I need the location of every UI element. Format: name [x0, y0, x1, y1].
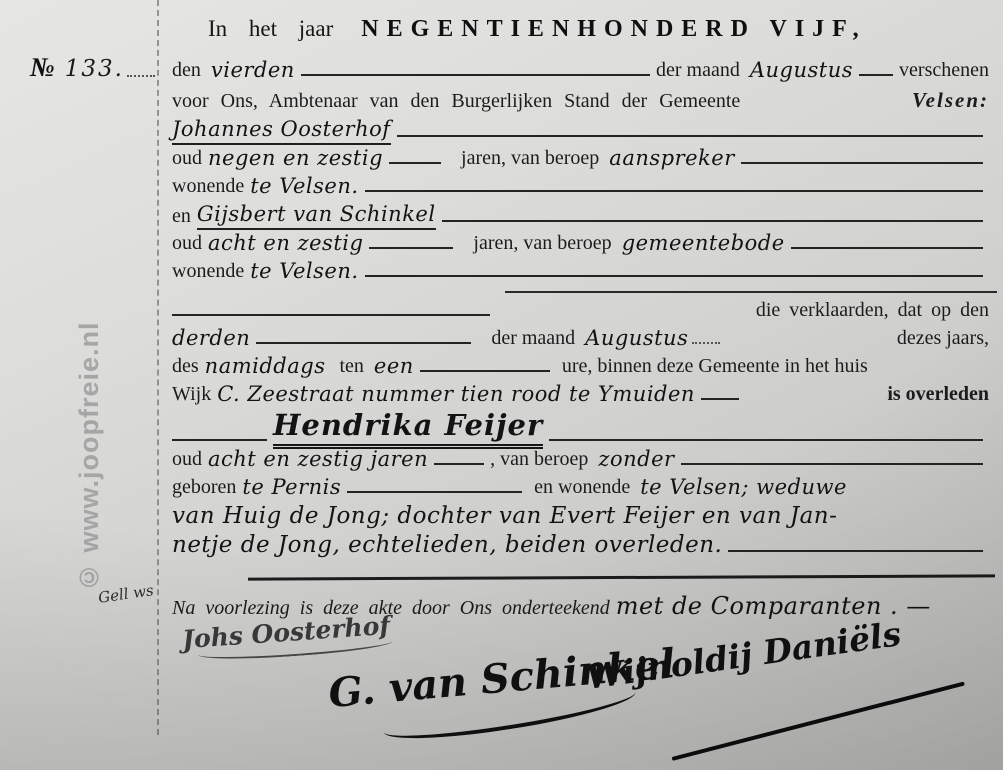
deceased-name-line: Hendrika Feijer [172, 408, 989, 449]
watermark-text: © www.joopfreie.nl [74, 316, 105, 592]
margin-annotation: Gell ws [97, 581, 155, 607]
signature-registrar: Wijnoldij Daniëls [584, 614, 904, 697]
deceased-profession: zonder [598, 447, 674, 473]
deceased-residence: te Velsen; weduwe [640, 475, 847, 501]
label-wonende: wonende [172, 175, 244, 200]
label-die-verklaarden: die verklaarden, dat op den [756, 299, 989, 324]
death-address-line: Wijk C. Zeestraat nummer tien rood te Ym… [172, 382, 989, 408]
declarant2-age: acht en zestig [208, 231, 363, 257]
label-der-maand: der maand [491, 327, 575, 352]
blank-line [365, 188, 983, 192]
registrar-text: voor Ons, Ambtenaar van den Burgerlijken… [172, 90, 740, 115]
label-en-wonende: en wonende [534, 476, 630, 501]
perforated-edge-line [157, 0, 159, 735]
declarant1-profession: aanspreker [609, 146, 734, 172]
label-den: den [172, 59, 201, 84]
declarant2-profession: gemeentebode [622, 231, 785, 257]
deceased-birthplace: te Pernis [242, 475, 341, 501]
blank-line [301, 72, 650, 76]
label-dezes-jaars: dezes jaars, [897, 327, 989, 352]
blank-dash [701, 396, 739, 400]
blank-line [549, 437, 983, 441]
blank-line [420, 368, 550, 372]
death-day: derden [172, 326, 250, 352]
death-hour: een [374, 354, 414, 380]
declarant2-residence: te Velsen. [250, 259, 358, 285]
closing-rule [248, 574, 995, 580]
declarant2-name-line: en Gijsbert van Schinkel [172, 202, 989, 230]
signature-flourish [671, 681, 964, 760]
label-der-maand: der maand [656, 59, 740, 84]
blank-dash [859, 72, 893, 76]
deceased-age-line: oud acht en zestig jaren , van beroep zo… [172, 447, 989, 473]
blank-line [347, 489, 522, 493]
year-header-intro: In het jaar [208, 16, 333, 42]
declarant1-name: Johannes Oosterhof [172, 117, 391, 145]
appearance-date-line: den vierden der maand Augustus verschene… [172, 58, 989, 84]
declaration-line: die verklaarden, dat op den [172, 299, 989, 324]
registrar-line: voor Ons, Ambtenaar van den Burgerlijken… [172, 88, 989, 115]
blank-line [681, 461, 983, 465]
act-number-value: 133. [65, 56, 124, 82]
relatives-text-2: netje de Jong, echtelieden, beiden overl… [172, 532, 722, 560]
label-verschenen: verschenen [899, 59, 989, 84]
death-daypart: namiddags [205, 354, 326, 380]
blank-line [397, 133, 983, 137]
blank-line [741, 160, 983, 164]
label-wijk: Wijk [172, 383, 211, 408]
label-jaren-beroep: jaren, van beroep [473, 232, 611, 257]
relatives-line-1: van Huig de Jong; dochter van Evert Feij… [172, 503, 989, 531]
year-header: In het jaar NEGENTIENHONDERD VIJF, [208, 16, 867, 43]
label-is-overleden: is overleden [887, 383, 989, 408]
blank-dash [434, 461, 484, 465]
label-des: des [172, 355, 199, 380]
handwritten-month: Augustus [750, 58, 853, 84]
relatives-line-2: netje de Jong, echtelieden, beiden overl… [172, 532, 989, 560]
deceased-origin-line: geboren te Pernis en wonende te Velsen; … [172, 475, 989, 501]
deceased-name: Hendrika Feijer [273, 408, 543, 449]
blank-line [172, 312, 490, 316]
death-date-line: derden der maand Augustus dezes jaars, [172, 326, 989, 352]
deceased-age: acht en zestig jaren [208, 447, 428, 473]
death-certificate-scan: © www.joopfreie.nl № 133. Gell ws In het… [0, 0, 1003, 770]
label-oud: oud [172, 147, 202, 172]
death-month: Augustus [585, 326, 688, 352]
blank-line [172, 437, 267, 441]
municipality-name: Velsen: [912, 88, 989, 115]
declarant2-residence-line: wonende te Velsen. [172, 259, 989, 285]
label-ten: ten [339, 355, 363, 380]
declarant1-residence: te Velsen. [250, 174, 358, 200]
year-header-year: NEGENTIENHONDERD VIJF, [361, 16, 866, 43]
label-oud: oud [172, 232, 202, 257]
label-ure: ure, binnen deze Gemeente in het huis [562, 355, 868, 380]
declarant1-residence-line: wonende te Velsen. [172, 174, 989, 200]
closing-printed-text: Na voorlezing is deze akte door Ons onde… [172, 597, 610, 622]
death-address: C. Zeestraat nummer tien rood te Ymuiden [217, 382, 695, 408]
act-number-label: № [30, 52, 55, 83]
label-oud: oud [172, 448, 202, 473]
declarant1-age: negen en zestig [208, 146, 383, 172]
act-number: № 133. [30, 52, 155, 83]
declarant1-name-line: Johannes Oosterhof [172, 117, 989, 145]
label-wonende: wonende [172, 260, 244, 285]
dotted-leader [127, 73, 155, 77]
blank-line [365, 273, 983, 277]
declarant2-age-line: oud acht en zestig jaren, van beroep gem… [172, 231, 989, 257]
blank-line [728, 548, 983, 552]
label-geboren: geboren [172, 476, 236, 501]
dotted-leader [692, 340, 720, 344]
blank-line [791, 245, 983, 249]
blank-line [442, 218, 983, 222]
blank-line [256, 340, 471, 344]
relatives-text-1: van Huig de Jong; dochter van Evert Feij… [172, 503, 837, 531]
label-en: en [172, 205, 191, 230]
blank-dash [389, 160, 441, 164]
blank-line [505, 289, 997, 293]
label-van-beroep: , van beroep [490, 448, 588, 473]
blank-dash [369, 245, 453, 249]
label-jaren-beroep: jaren, van beroep [461, 147, 599, 172]
declarant1-age-line: oud negen en zestig jaren, van beroep aa… [172, 146, 989, 172]
declarant2-name: Gijsbert van Schinkel [197, 202, 436, 230]
handwritten-day: vierden [211, 58, 295, 84]
death-time-line: des namiddags ten een ure, binnen deze G… [172, 354, 989, 380]
